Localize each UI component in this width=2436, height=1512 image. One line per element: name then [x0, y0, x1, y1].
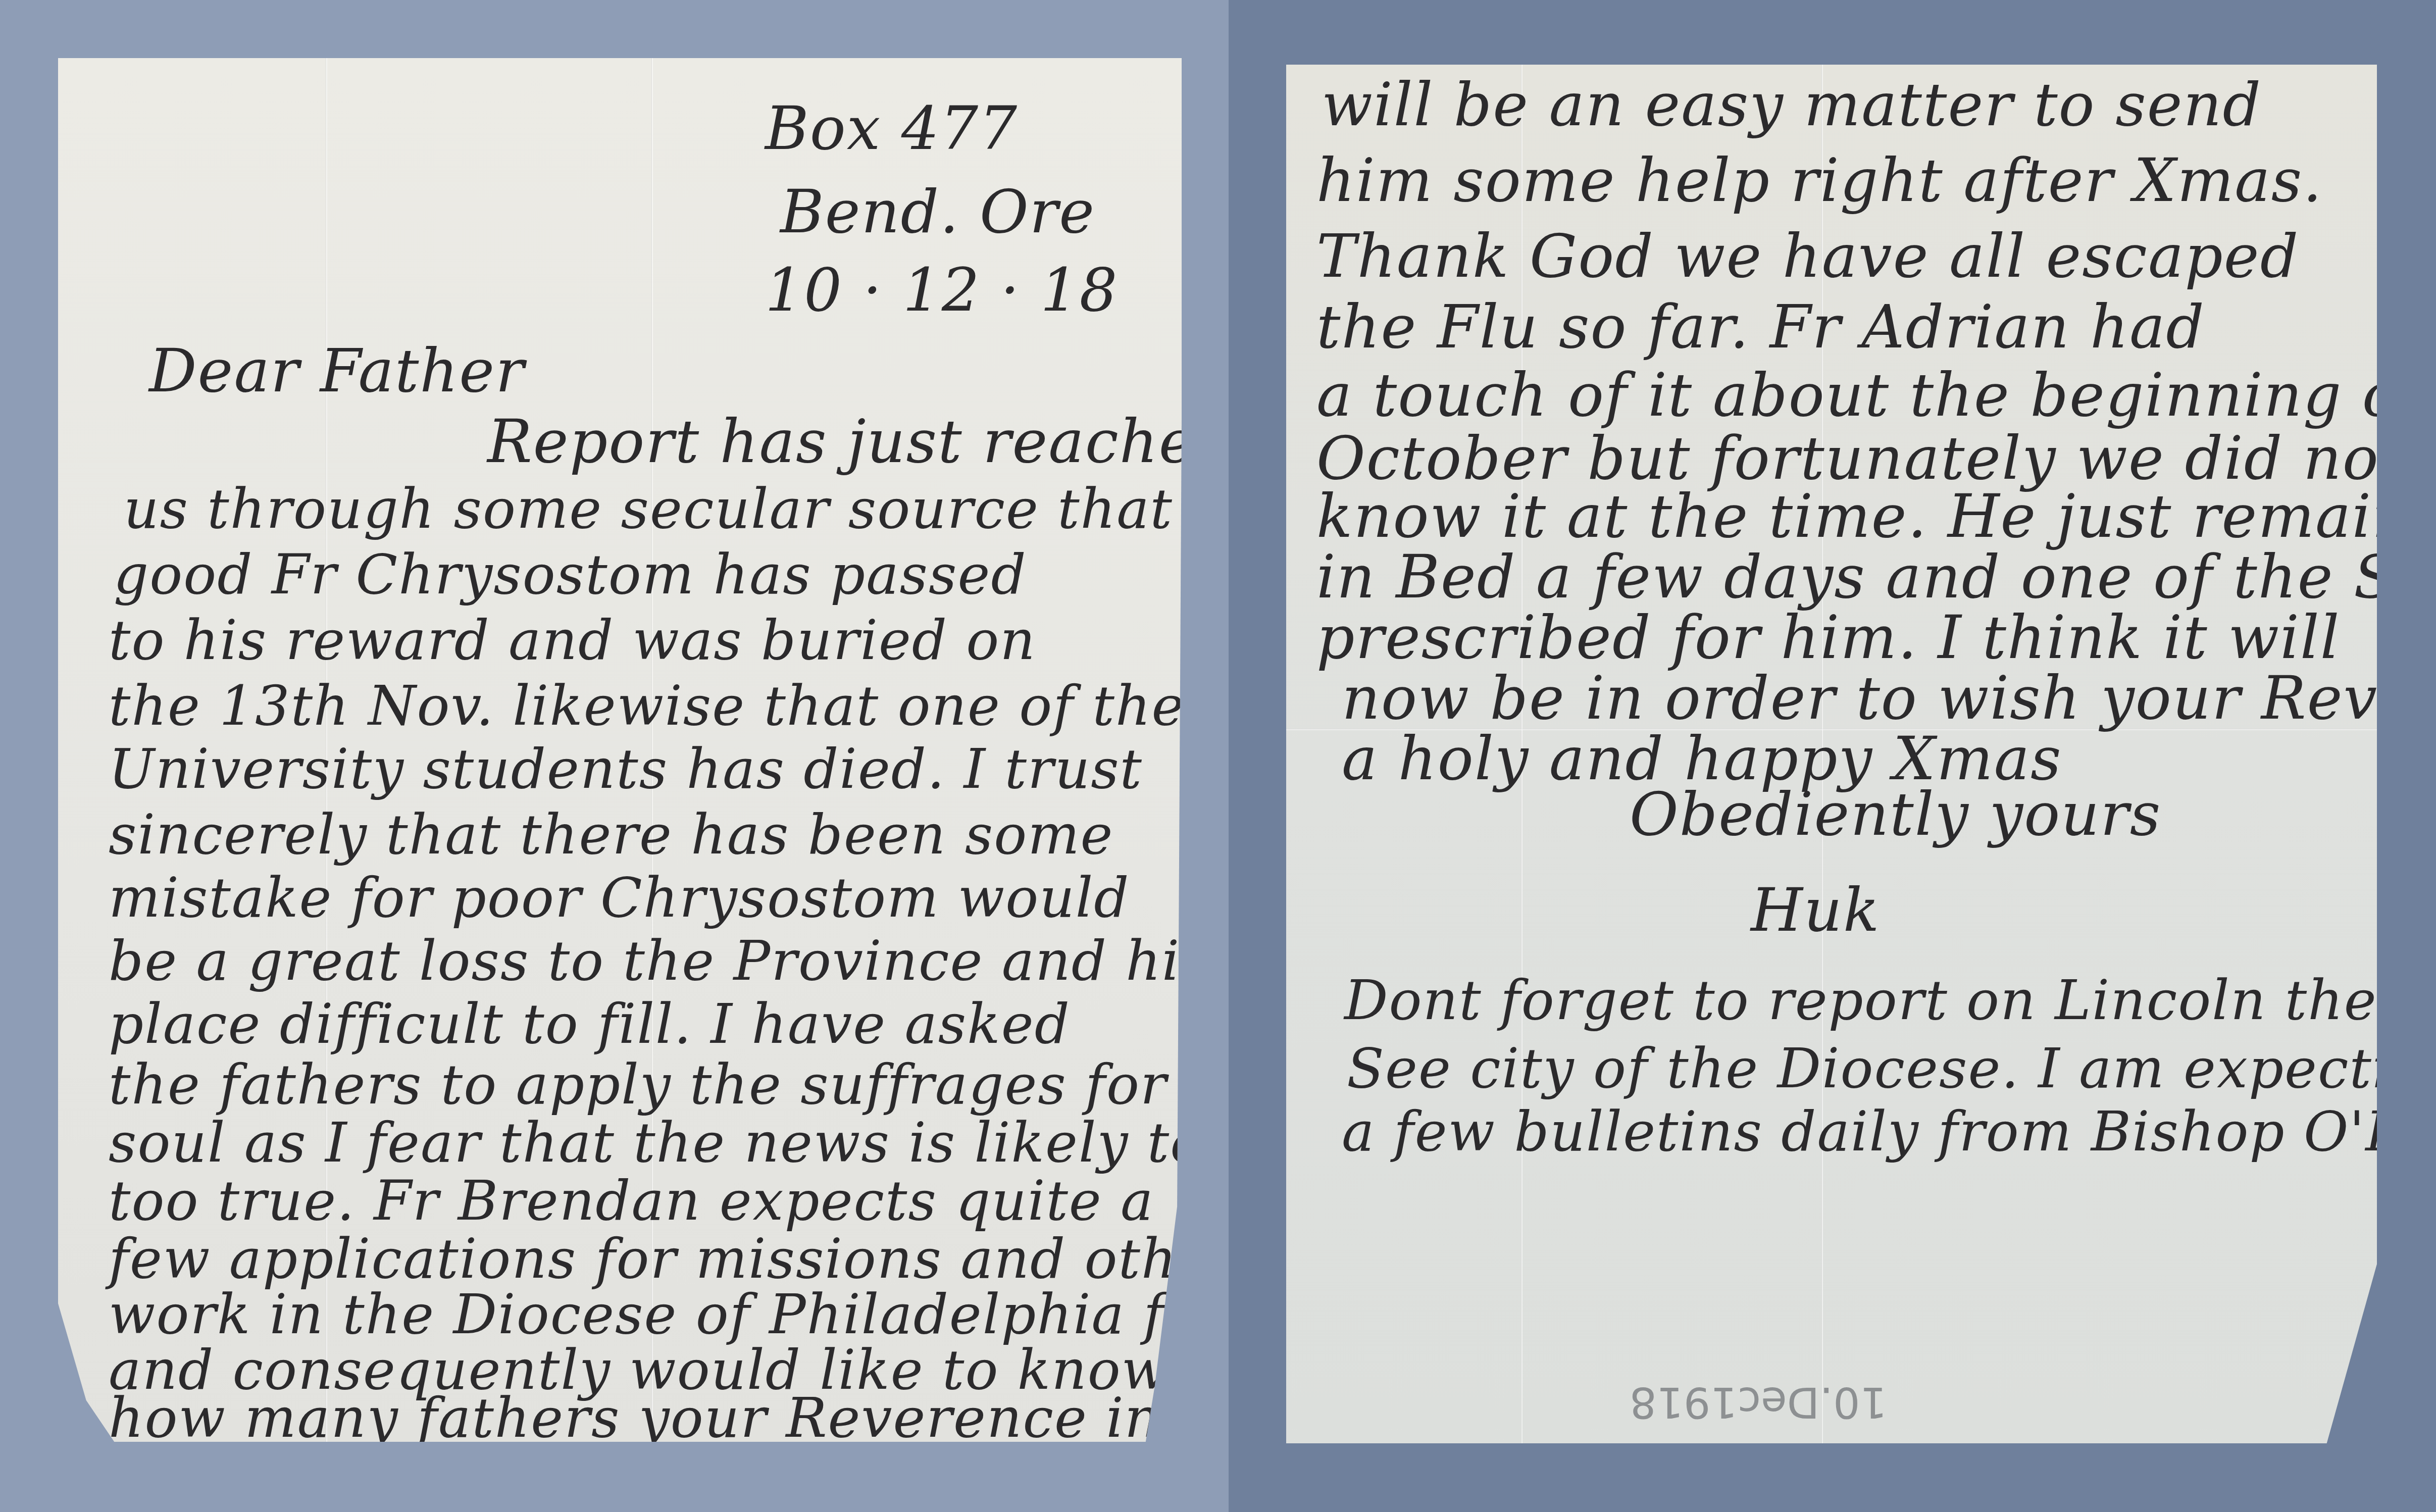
body-line: the fathers to apply the suffrages for h… — [109, 1058, 1270, 1113]
archival-pencil-note: 10.Dec1918 — [1630, 1378, 1887, 1427]
body-line: be a great loss to the Province and his — [109, 934, 1209, 989]
body-line: how many fathers your Reverence intends — [109, 1391, 1318, 1446]
body-line: now be in order to wish your Reverence — [1342, 668, 2436, 728]
body-line: to his reward and was buried on — [109, 614, 1036, 668]
letter-page-1: Box 477 Bend. Ore 10 · 12 · 18 Dear Fath… — [58, 58, 1182, 1442]
body-line: Report has just reached — [487, 412, 1234, 471]
body-line: October but fortunately we did not — [1316, 428, 2404, 488]
body-line: us through some secular source that — [124, 482, 1173, 537]
salutation: Dear Father — [149, 341, 525, 400]
postscript-line: a few bulletins daily from Bishop O'Reil… — [1342, 1105, 2436, 1160]
closing: Obediently yours — [1630, 784, 2161, 844]
body-line: will be an easy matter to send — [1322, 75, 2262, 134]
body-line: place difficult to fill. I have asked — [109, 997, 1071, 1052]
body-line: mistake for poor Chrysostom would — [109, 871, 1130, 926]
body-line: University students has died. I trust — [109, 742, 1143, 797]
body-line: Thank God we have all escaped — [1316, 226, 2299, 286]
signature: Huk — [1751, 880, 1880, 940]
address-line-1: Box 477 — [765, 98, 1018, 158]
postscript-line: See city of the Diocese. I am expecting — [1347, 1042, 2436, 1096]
body-line: sincerely that there has been some — [109, 808, 1113, 863]
body-line: know it at the time. He just remained — [1316, 486, 2436, 546]
address-line-2: Bend. Ore — [780, 182, 1095, 241]
body-line: soul as I fear that the news is likely t… — [109, 1116, 1292, 1171]
body-line: the 13th Nov. likewise that one of the — [109, 679, 1185, 734]
letter-date: 10 · 12 · 18 — [765, 260, 1119, 320]
body-line: a touch of it about the beginning of — [1316, 365, 2422, 425]
body-line: in Bed a few days and one of the Sisters — [1316, 547, 2436, 607]
body-line: the Flu so far. Fr Adrian had — [1316, 297, 2205, 357]
body-line: prescribed for him. I think it will — [1316, 608, 2340, 667]
body-line: too true. Fr Brendan expects quite a — [109, 1174, 1154, 1229]
letter-page-2: will be an easy matter to send him some … — [1286, 65, 2377, 1443]
body-line: him some help right after Xmas. — [1316, 150, 2323, 210]
body-line: good Fr Chrysostom has passed — [114, 548, 1027, 602]
postscript-line: Dont forget to report on Lincoln the — [1344, 974, 2377, 1028]
body-line: few applications for missions and other — [109, 1232, 1238, 1287]
